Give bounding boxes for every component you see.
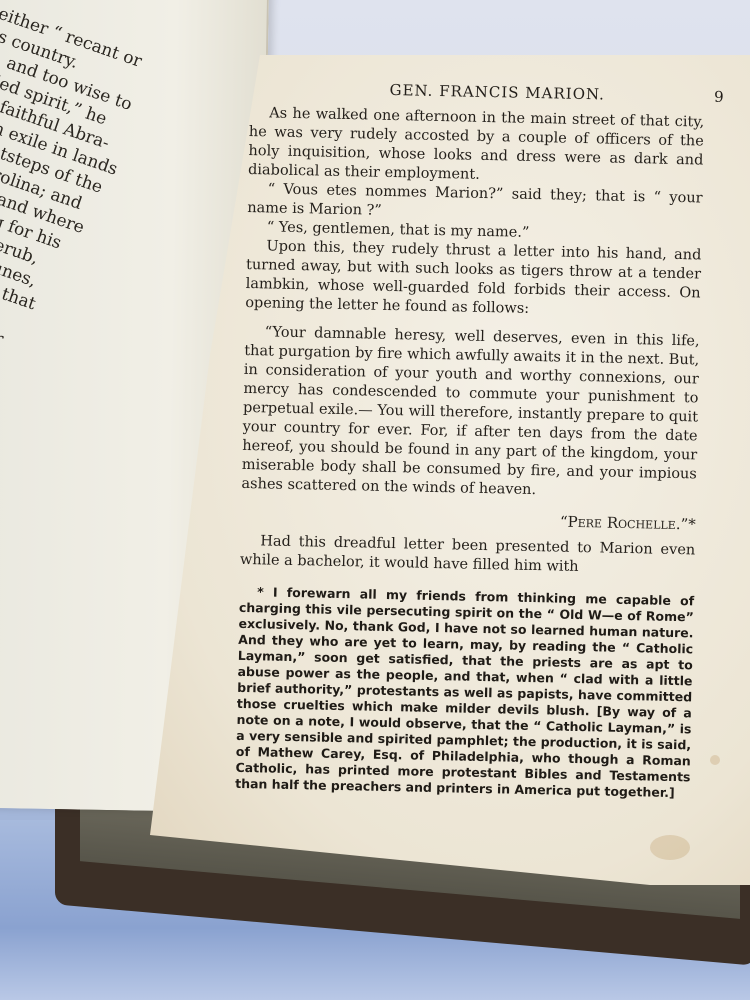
continuation-text: Had this dreadful letter been presented … xyxy=(240,532,696,580)
page-number: 9 xyxy=(714,88,725,106)
foxing-stain xyxy=(650,835,690,860)
paragraph: As he walked one afternoon in the main s… xyxy=(248,104,704,190)
paragraph: Upon this, they rudely thrust a letter i… xyxy=(245,237,701,323)
letter-text: “Your damnable heresy, well deserves, ev… xyxy=(241,323,699,503)
letter-signature: “Pere Rochelle.”* xyxy=(241,506,696,534)
photo-scene: must either “ recant or y or his country… xyxy=(0,0,750,1000)
right-page-text: GEN. FRANCIS MARION. 9 As he walked one … xyxy=(235,78,705,801)
footnote-text: * I forewarn all my friends from thinkin… xyxy=(235,584,694,801)
body-text: As he walked one afternoon in the main s… xyxy=(241,104,704,503)
running-head-title: GEN. FRANCIS MARION. xyxy=(389,81,605,104)
paragraph: Had this dreadful letter been presented … xyxy=(240,532,696,580)
foxing-stain xyxy=(710,755,720,765)
footnote: * I forewarn all my friends from thinkin… xyxy=(235,584,694,801)
